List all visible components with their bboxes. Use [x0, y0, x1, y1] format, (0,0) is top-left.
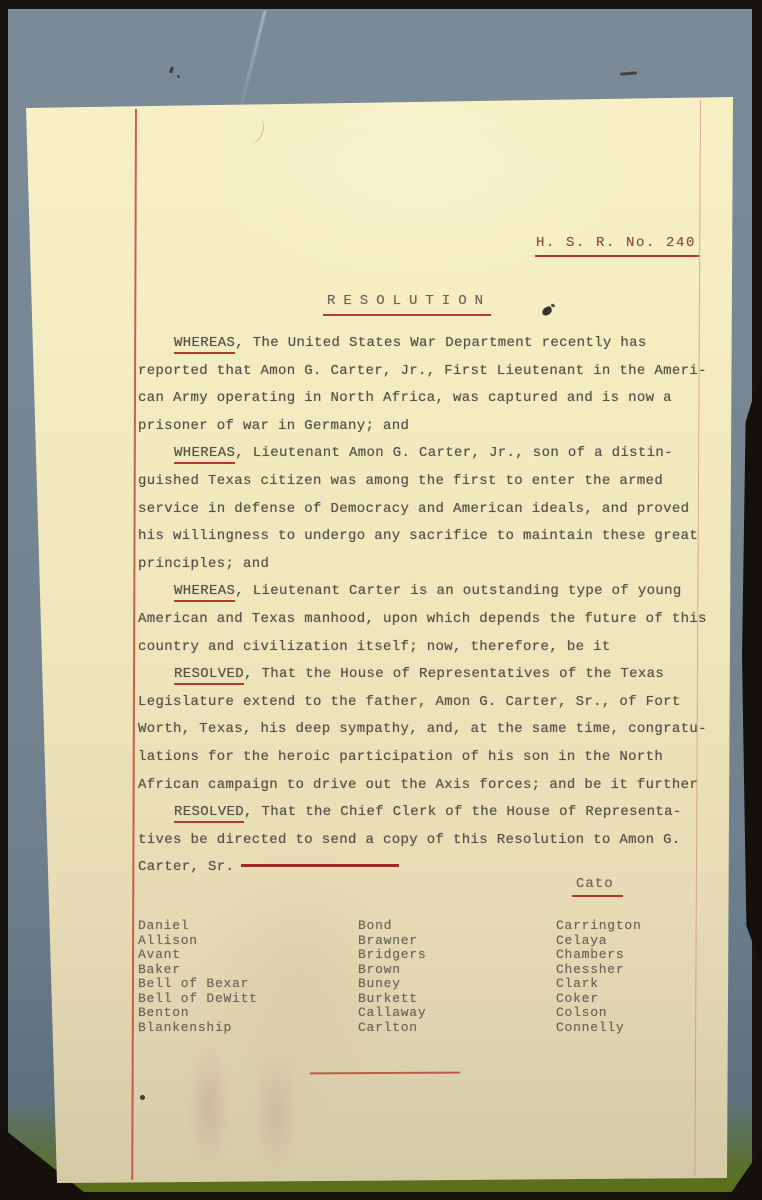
body-line: RESOLVED, That the Chief Clerk of the Ho…: [138, 799, 730, 827]
body-line: Worth, Texas, his deep sympathy, and, at…: [138, 716, 730, 744]
roll-call-column: CarringtonCelayaChambersChessherClarkCok…: [556, 919, 761, 1035]
legislator-name: Carrington: [556, 919, 761, 934]
legislator-name: Brown: [358, 963, 563, 978]
legislator-name: Burkett: [358, 992, 563, 1007]
water-stain: [252, 1048, 300, 1174]
legislator-name: Celaya: [556, 934, 761, 949]
legislator-name: Benton: [138, 1006, 343, 1021]
body-line: WHEREAS, Lieutenant Amon G. Carter, Jr.,…: [138, 440, 730, 468]
body-line: Carter, Sr.: [138, 854, 730, 882]
body-line: American and Texas manhood, upon which d…: [138, 606, 730, 634]
legislator-name: Bridgers: [358, 948, 563, 963]
body-line: principles; and: [138, 551, 730, 579]
body-line: guished Texas citizen was among the firs…: [138, 468, 730, 496]
water-stain: [188, 1038, 230, 1170]
body-line: Legislature extend to the father, Amon G…: [138, 689, 730, 717]
body-line: WHEREAS, The United States War Departmen…: [138, 330, 730, 358]
legislator-name: Baker: [138, 963, 343, 978]
body-line: his willingness to undergo any sacrifice…: [138, 523, 730, 551]
legislator-name: Avant: [138, 948, 343, 963]
underlined-keyword: WHEREAS: [174, 583, 235, 602]
legislator-name: Bell of Bexar: [138, 977, 343, 992]
legislator-name: Buney: [358, 977, 563, 992]
red-rule: [241, 864, 399, 867]
legislator-name: Blankenship: [138, 1021, 343, 1036]
legislator-name: Carlton: [358, 1021, 563, 1036]
legislator-name: Clark: [556, 977, 761, 992]
body-line: can Army operating in North Africa, was …: [138, 385, 730, 413]
legislator-name: Coker: [556, 992, 761, 1007]
roll-call-column: BondBrawnerBridgersBrownBuneyBurkettCall…: [358, 919, 563, 1035]
roll-call-column: DanielAllisonAvantBakerBell of BexarBell…: [138, 919, 343, 1035]
roll-call-list: DanielAllisonAvantBakerBell of BexarBell…: [138, 919, 738, 1049]
legislator-name: Bond: [358, 919, 563, 934]
body-line: service in defense of Democracy and Amer…: [138, 496, 730, 524]
scanned-resolution-page: H. S. R. No. 240 RESOLUTION WHEREAS, The…: [0, 0, 762, 1200]
underlined-keyword: RESOLVED: [174, 666, 244, 685]
document-title: RESOLUTION: [323, 293, 491, 316]
legislator-name: Daniel: [138, 919, 343, 934]
underlined-keyword: WHEREAS: [174, 335, 235, 354]
underlined-keyword: RESOLVED: [174, 804, 244, 823]
body-line: prisoner of war in Germany; and: [138, 413, 730, 441]
legislator-name: Connelly: [556, 1021, 761, 1036]
backing-speck: [177, 75, 180, 78]
paper-speck: [140, 1095, 145, 1100]
body-line: reported that Amon G. Carter, Jr., First…: [138, 358, 730, 386]
body-line: RESOLVED, That the House of Representati…: [138, 661, 730, 689]
body-line: African campaign to drive out the Axis f…: [138, 772, 730, 800]
author-signature: Cato: [572, 876, 623, 897]
legislator-name: Chambers: [556, 948, 761, 963]
legislator-name: Allison: [138, 934, 343, 949]
legislator-name: Bell of DeWitt: [138, 992, 343, 1007]
legislator-name: Callaway: [358, 1006, 563, 1021]
resolution-number: H. S. R. No. 240: [535, 235, 699, 257]
body-line: country and civilization itself; now, th…: [138, 634, 730, 662]
body-line: tives be directed to send a copy of this…: [138, 827, 730, 855]
legislator-name: Brawner: [358, 934, 563, 949]
legislator-name: Chessher: [556, 963, 761, 978]
legislator-name: Colson: [556, 1006, 761, 1021]
body-line: WHEREAS, Lieutenant Carter is an outstan…: [138, 578, 730, 606]
underlined-keyword: WHEREAS: [174, 445, 235, 464]
body-line: lations for the heroic participation of …: [138, 744, 730, 772]
resolution-body: WHEREAS, The United States War Departmen…: [138, 330, 730, 882]
